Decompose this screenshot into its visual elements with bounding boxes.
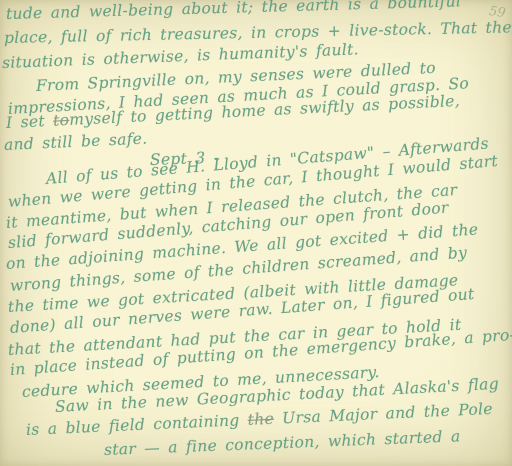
handwritten-line: place, full of rich treasures, in crops … <box>4 18 512 47</box>
line-text: Ursa Major and the Pole <box>274 400 494 428</box>
handwritten-line: tude and well-being about it; the earth … <box>6 0 462 23</box>
diary-page: 59 tude and well-being about it; the ear… <box>0 0 512 466</box>
struck-out-word: the <box>247 410 274 429</box>
handwritten-line: and still be safe. <box>4 129 148 153</box>
line-text: I set <box>6 112 54 132</box>
struck-out-word: to <box>53 111 70 130</box>
